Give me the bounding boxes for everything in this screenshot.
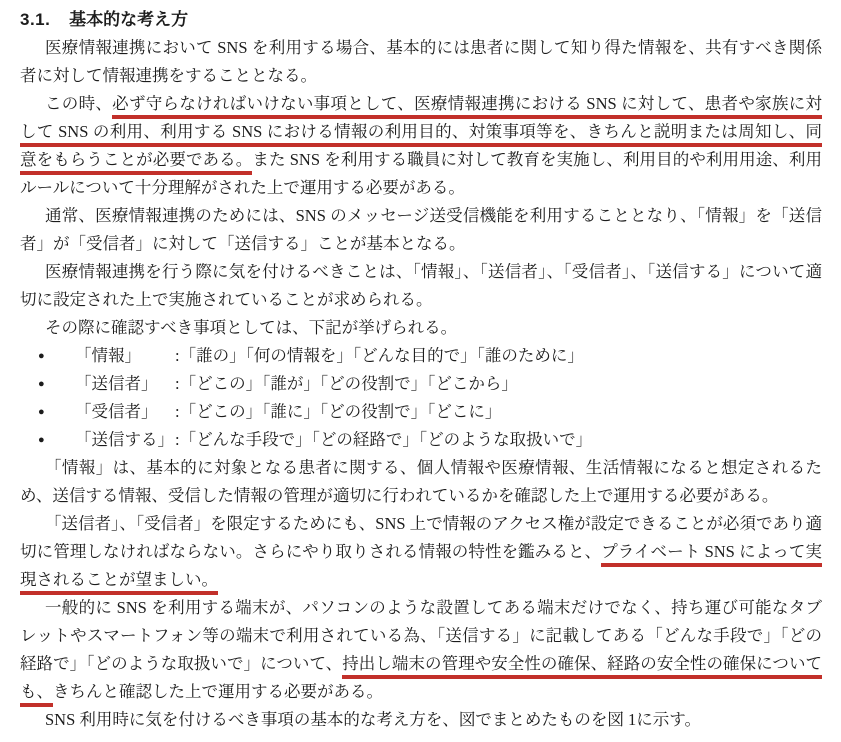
paragraph-devices: 一般的に SNS を利用する端末が、パソコンのような設置してある端末だけでなく、… [20,594,822,706]
paragraph-intro: 医療情報連携において SNS を利用する場合、基本的には患者に関して知り得た情報… [20,34,822,90]
paragraph-caution: 医療情報連携を行う際に気を付けるべきことは、「情報」、「送信者」、「受信者」、「… [20,258,822,314]
bullet-icon: ● [20,370,75,398]
bullet-icon: ● [20,426,75,454]
list-item-desc: :「誰の」「何の情報を」「どんな目的で」「誰のために」 [175,342,822,370]
bullet-icon: ● [20,342,75,370]
text-segment: きちんと確認した上で運用する必要がある。 [53,682,383,701]
list-item-label: 「情報」 [75,342,175,370]
paragraph-figure-reference: SNS 利用時に気を付けるべき事項の基本的な考え方を、図でまとめたものを図 1に… [20,706,822,734]
paragraph-messaging: 通常、医療情報連携のためには、SNS のメッセージ送受信機能を利用することとなり… [20,202,822,258]
list-item-desc: :「どこの」「誰に」「どの役割で」「どこに」 [175,398,822,426]
text-segment: SNS 利用時に気を付けるべき事項の基本的な考え方を、図でまとめたものを図 1に… [45,710,701,729]
paragraph-mandatory-items: この時、必ず守らなければいけない事項として、医療情報連携における SNS に対し… [20,90,822,202]
list-item-soshinsuru: ● 「送信する」 :「どんな手段で」「どの経路で」「どのような取扱いで」 [20,426,822,454]
text-segment: 医療情報連携において SNS を利用する場合、基本的には患者に関して知り得た情報… [20,38,822,85]
list-item-desc: :「どんな手段で」「どの経路で」「どのような取扱いで」 [175,426,822,454]
text-segment: 「情報」は、基本的に対象となる患者に関する、個人情報や医療情報、生活情報になると… [20,458,822,505]
bullet-icon: ● [20,398,75,426]
text-segment: この時、 [45,94,112,113]
text-segment: その際に確認すべき事項としては、下記が挙げられる。 [45,318,457,337]
list-item-joho: ● 「情報」 :「誰の」「何の情報を」「どんな目的で」「誰のために」 [20,342,822,370]
text-segment: 医療情報連携を行う際に気を付けるべきことは、「情報」、「送信者」、「受信者」、「… [20,262,822,309]
text-segment: 通常、医療情報連携のためには、SNS のメッセージ送受信機能を利用することとなり… [20,206,822,253]
document-page: 3.1. 基本的な考え方 医療情報連携において SNS を利用する場合、基本的に… [0,0,841,742]
list-item-jushinsha: ● 「受信者」 :「どこの」「誰に」「どの役割で」「どこに」 [20,398,822,426]
list-item-soshinsha: ● 「送信者」 :「どこの」「誰が」「どの役割で」「どこから」 [20,370,822,398]
section-number: 3.1. [20,6,50,34]
paragraph-check-list-lead: その際に確認すべき事項としては、下記が挙げられる。 [20,314,822,342]
list-item-desc: :「どこの」「誰が」「どの役割で」「どこから」 [175,370,822,398]
list-item-label: 「送信する」 [75,426,175,454]
list-item-label: 「受信者」 [75,398,175,426]
paragraph-access-control: 「送信者」、「受信者」を限定するためにも、SNS 上で情報のアクセス権が設定でき… [20,510,822,594]
section-heading: 3.1. 基本的な考え方 [20,6,822,34]
list-item-label: 「送信者」 [75,370,175,398]
section-title: 基本的な考え方 [69,10,188,29]
checklist: ● 「情報」 :「誰の」「何の情報を」「どんな目的で」「誰のために」 ● 「送信… [20,342,822,454]
paragraph-information-management: 「情報」は、基本的に対象となる患者に関する、個人情報や医療情報、生活情報になると… [20,454,822,510]
